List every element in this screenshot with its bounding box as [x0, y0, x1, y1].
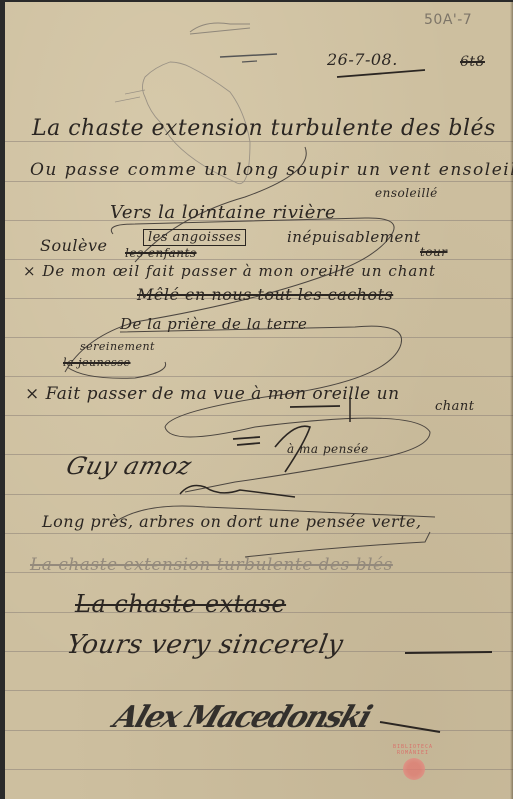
stamp-seal-icon	[403, 758, 425, 780]
library-stamp: BIBLIOTECA ROMÂNIEI	[383, 744, 443, 789]
closing-phrase: Yours very sincerely	[64, 630, 345, 660]
manuscript-line-6-struck: Mêlé en nous tout les cachots	[137, 285, 393, 304]
manuscript-line-10-insertion: à ma pensée	[287, 442, 369, 456]
stamp-text: BIBLIOTECA ROMÂNIEI	[383, 744, 443, 756]
struck-words: les enfants	[125, 246, 197, 260]
manuscript-line-2: Ou passe comme un long soupir un vent en…	[30, 160, 513, 180]
corner-note-struck: 6t8	[460, 54, 485, 70]
manuscript-line-1: La chaste extension turbulente des blés	[32, 116, 496, 141]
manuscript-line-11: Long près, arbres on dort une pensée ver…	[42, 512, 422, 531]
manuscript-line-10-guy: Guy amoz	[63, 452, 194, 480]
struck-word-tour: tour	[420, 245, 448, 259]
boxed-insertion: les angoisses	[143, 229, 246, 246]
manuscript-line-5: × De mon œil fait passer à mon oreille u…	[23, 262, 436, 280]
archive-reference: 50A'-7	[424, 12, 472, 28]
manuscript-line-13-struck: La chaste extase	[75, 590, 286, 618]
manuscript-line-12-struck-faint: La chaste extension turbulente des blés	[30, 555, 393, 575]
date: 26-7-08.	[327, 50, 398, 69]
manuscript-line-7: De la prière de la terre	[120, 315, 307, 333]
marginal-note-sereinement: sereinement	[80, 340, 155, 353]
signature: Alex Macedonski	[109, 700, 374, 735]
manuscript-line-3: Vers la lointaine rivière	[110, 202, 336, 223]
manuscript-line-4-souleve: Soulève	[40, 236, 108, 255]
manuscript-line-4-inepuisablement: inépuisablement	[287, 228, 421, 246]
manuscript-line-9-chant: chant	[435, 399, 475, 414]
superscript-insertion: ensoleillé	[375, 186, 438, 200]
manuscript-line-9: × Fait passer de ma vue à mon oreille un	[25, 384, 400, 404]
marginal-note-struck: la jeunesse	[63, 356, 130, 369]
manuscript-page: 50A'-7 26-7-08. 6t8 La chaste extension …	[5, 2, 513, 799]
